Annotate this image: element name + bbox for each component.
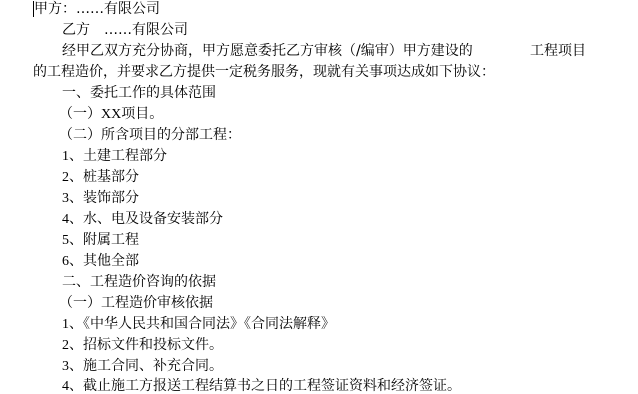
item-number: 3 (62, 359, 69, 374)
section-2-title: 二、工程造价咨询的依据 (62, 273, 216, 291)
item-text: 、附属工程 (69, 232, 139, 248)
intro-line-1: 经甲乙双方充分协商，甲方愿意委托乙方审核（/编审）甲方建设的 (62, 42, 473, 60)
xx-placeholder: XX (101, 107, 121, 122)
item-text: 、《中华人民共和国合同法》《合同法解释》 (69, 316, 335, 332)
section-2-sub-1: （一）工程造价审核依据 (59, 294, 213, 312)
item-number: 4 (62, 212, 69, 227)
item-text: 、水、电及设备安装部分 (69, 211, 223, 227)
intro-line-1-project: 工程项目 (530, 42, 586, 60)
item-number: 1 (62, 317, 69, 332)
section-1-sub-1-suffix: 项目。 (121, 106, 163, 122)
item-text: 、土建工程部分 (69, 148, 167, 164)
item-text: 、其他全部 (69, 253, 139, 269)
list-item: 2、招标文件和投标文件。 (62, 336, 223, 354)
list-item: 1、土建工程部分 (62, 147, 167, 165)
list-item: 4、截止施工方报送工程结算书之日的工程签证资料和经济签证。 (62, 377, 461, 394)
section-1-sub-1-prefix: （一） (59, 106, 101, 122)
list-item: 5、附属工程 (62, 231, 139, 249)
item-text: 、截止施工方报送工程结算书之日的工程签证资料和经济签证。 (69, 378, 461, 394)
item-text: 、装饰部分 (69, 190, 139, 206)
item-number: 3 (62, 191, 69, 206)
list-item: 4、水、电及设备安装部分 (62, 210, 223, 228)
list-item: 2、桩基部分 (62, 168, 139, 186)
party-b-line: 乙方 ……有限公司 (62, 21, 188, 39)
list-item: 3、施工合同、补充合同。 (62, 357, 223, 375)
list-item: 3、装饰部分 (62, 189, 139, 207)
item-text: 、桩基部分 (69, 169, 139, 185)
section-1-title: 一、委托工作的具体范围 (62, 84, 216, 102)
intro-line-2: 的工程造价，并要求乙方提供一定税务服务，现就有关事项达成如下协议： (33, 63, 495, 81)
item-number: 2 (62, 170, 69, 185)
document-page[interactable]: 甲方：……有限公司 乙方 ……有限公司 经甲乙双方充分协商，甲方愿意委托乙方审核… (0, 0, 638, 394)
intro-line-1-text: 经甲乙双方充分协商，甲方愿意委托乙方审核（/编审）甲方建设的 (62, 43, 473, 59)
party-a-line: 甲方：……有限公司 (34, 0, 160, 18)
section-1-sub-2: （二）所含项目的分部工程： (59, 126, 241, 144)
item-text: 、招标文件和投标文件。 (69, 337, 223, 353)
item-number: 6 (62, 254, 69, 269)
item-number: 5 (62, 233, 69, 248)
list-item: 6、其他全部 (62, 252, 139, 270)
item-number: 2 (62, 338, 69, 353)
item-text: 、施工合同、补充合同。 (69, 358, 223, 374)
list-item: 1、《中华人民共和国合同法》《合同法解释》 (62, 315, 335, 333)
item-number: 1 (62, 149, 69, 164)
item-number: 4 (62, 379, 69, 394)
section-1-sub-1: （一）XX项目。 (59, 105, 163, 123)
